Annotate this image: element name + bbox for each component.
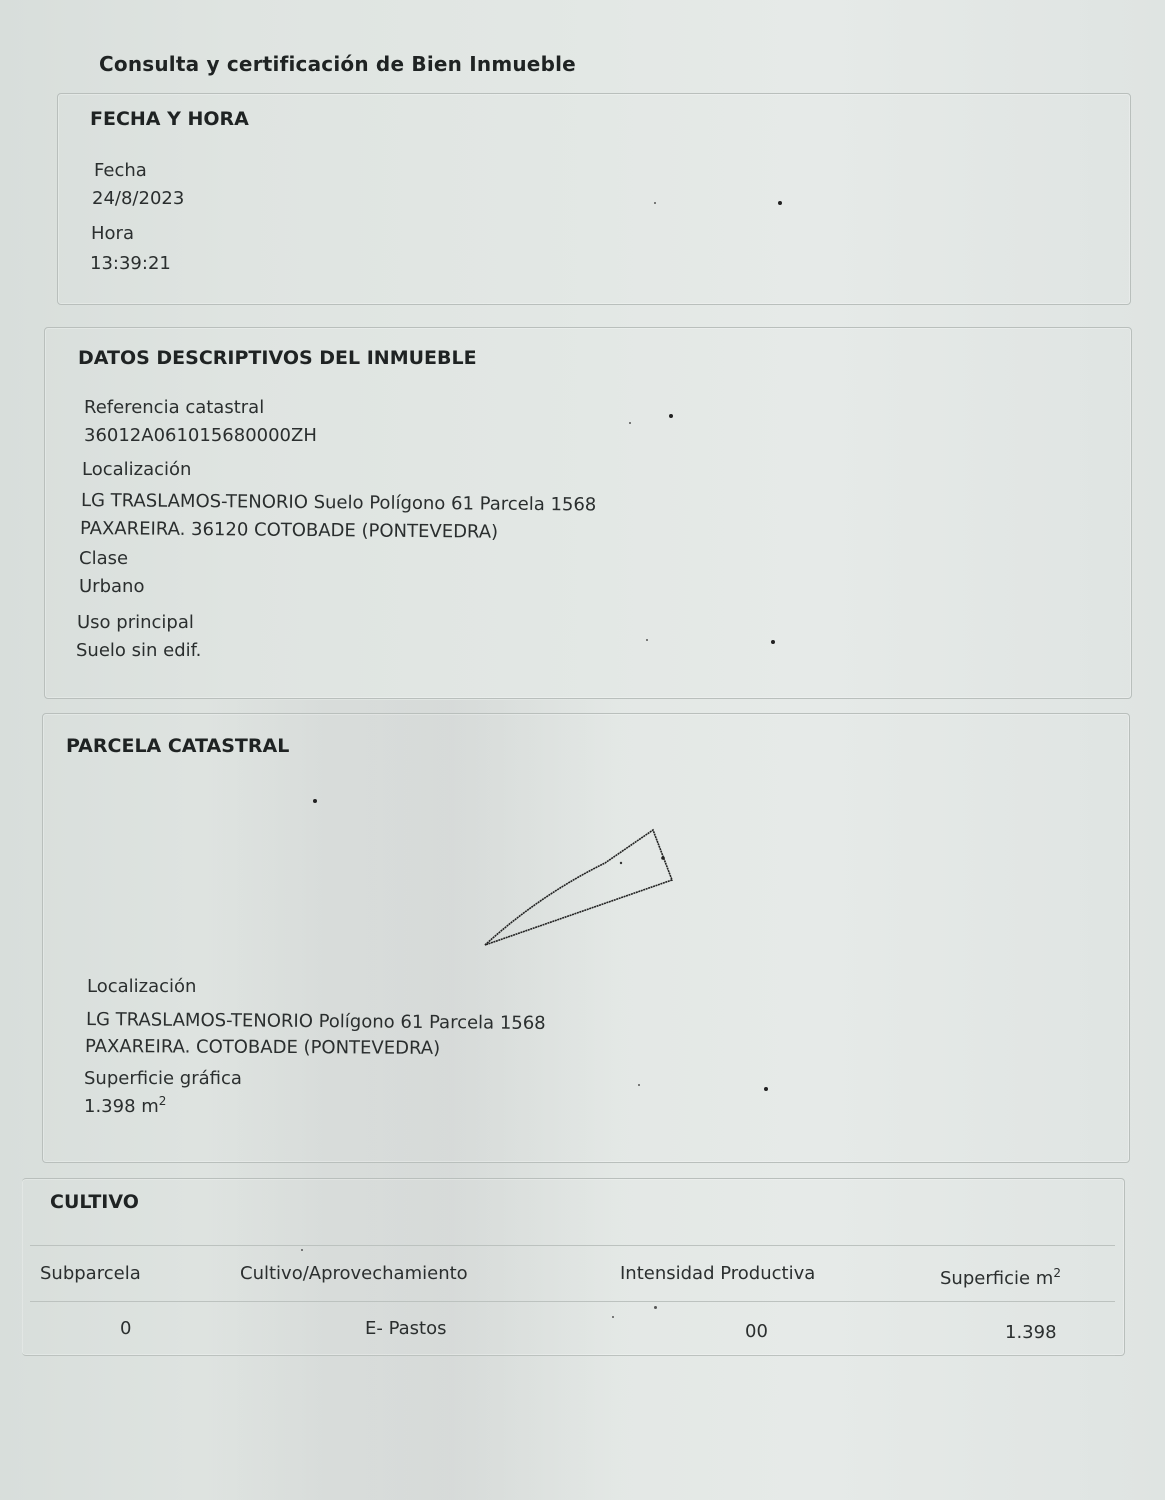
speck (629, 422, 631, 424)
cell-intensidad: 00 (610, 1302, 930, 1356)
cultivo-title: CULTIVO (50, 1191, 139, 1213)
uso-label: Uso principal (77, 612, 194, 633)
speck (612, 1316, 614, 1318)
col-superficie-exponent: 2 (1053, 1266, 1061, 1280)
fecha-hora-title: FECHA Y HORA (90, 108, 249, 130)
superficie-grafica-label: Superficie gráfica (84, 1068, 242, 1089)
cell-superficie: 1.398 (930, 1302, 1115, 1356)
clase-value: Urbano (79, 576, 144, 597)
col-superficie: Superficie m2 (930, 1246, 1115, 1302)
speck (646, 639, 648, 641)
speck (669, 414, 673, 418)
localizacion-line1: LG TRASLAMOS-TENORIO Suelo Polígono 61 P… (81, 490, 597, 515)
speck (654, 202, 656, 204)
superficie-unit-exponent: 2 (159, 1094, 167, 1108)
hora-label: Hora (91, 223, 134, 244)
datos-inmueble-title: DATOS DESCRIPTIVOS DEL INMUEBLE (78, 347, 477, 369)
document-title: Consulta y certificación de Bien Inmuebl… (99, 52, 576, 76)
speck (654, 1306, 657, 1309)
col-cultivo: Cultivo/Aprovechamiento (210, 1246, 610, 1302)
speck (638, 1084, 640, 1086)
parcela-localizacion-line1: LG TRASLAMOS-TENORIO Polígono 61 Parcela… (86, 1009, 546, 1034)
hora-value: 13:39:21 (90, 253, 171, 274)
cell-cultivo: E- Pastos (210, 1302, 610, 1356)
cultivo-table: Subparcela Cultivo/Aprovechamiento Inten… (30, 1245, 1115, 1356)
localizacion-line2: PAXAREIRA. 36120 COTOBADE (PONTEVEDRA) (80, 518, 498, 543)
speck (778, 201, 782, 205)
parcela-localizacion-label: Localización (87, 976, 196, 997)
col-subparcela: Subparcela (30, 1246, 210, 1302)
superficie-grafica-number: 1.398 m (84, 1096, 159, 1117)
referencia-value: 36012A061015680000ZH (84, 425, 317, 446)
parcela-title: PARCELA CATASTRAL (66, 735, 289, 757)
localizacion-label: Localización (82, 459, 191, 480)
table-row: 0 E- Pastos 00 1.398 (30, 1302, 1115, 1356)
referencia-label: Referencia catastral (84, 397, 264, 418)
clase-label: Clase (79, 548, 128, 569)
superficie-grafica-value: 1.398 m2 (84, 1094, 166, 1117)
parcel-outline-icon (470, 815, 690, 960)
col-superficie-label: Superficie m (940, 1268, 1053, 1289)
fecha-value: 24/8/2023 (92, 188, 184, 209)
uso-value: Suelo sin edif. (76, 640, 201, 661)
speck (764, 1087, 768, 1091)
parcela-localizacion-line2: PAXAREIRA. COTOBADE (PONTEVEDRA) (85, 1036, 440, 1059)
speck (771, 640, 775, 644)
col-intensidad: Intensidad Productiva (610, 1246, 930, 1302)
speck (313, 799, 317, 803)
table-header-row: Subparcela Cultivo/Aprovechamiento Inten… (30, 1246, 1115, 1302)
cell-subparcela: 0 (30, 1302, 210, 1356)
fecha-label: Fecha (94, 160, 147, 181)
